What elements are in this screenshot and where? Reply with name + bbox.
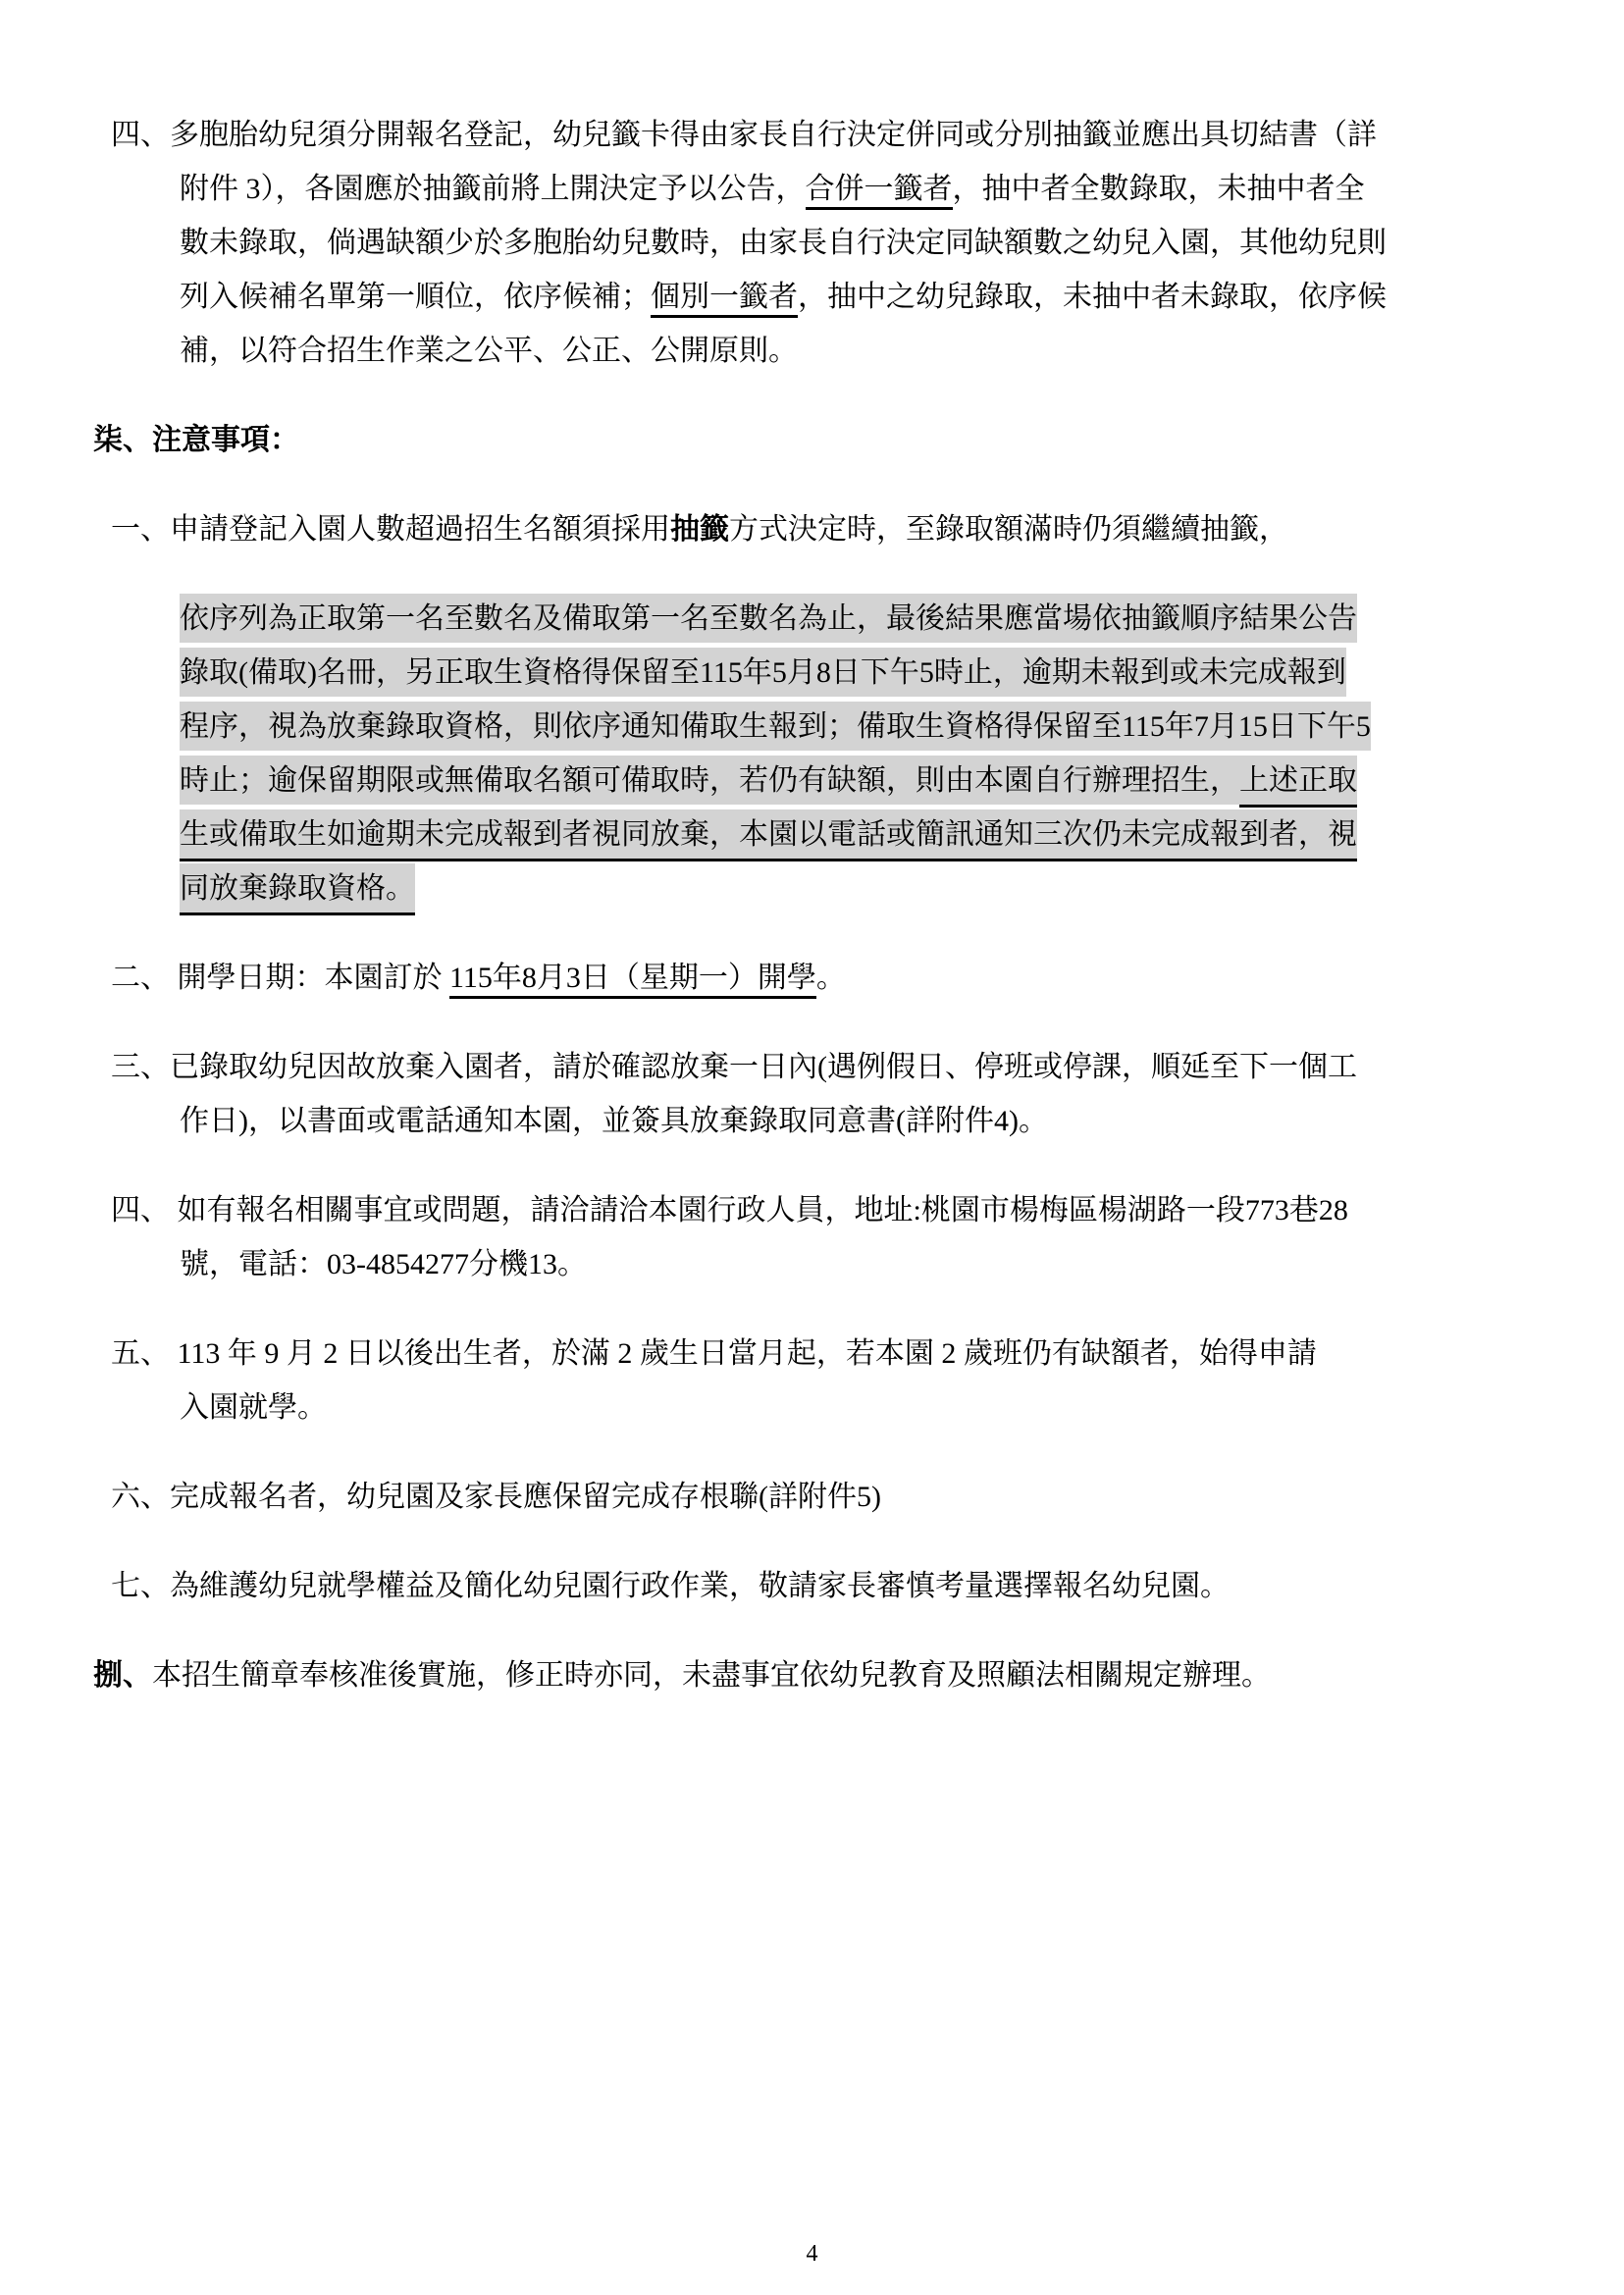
text-segment: 。	[816, 962, 846, 994]
para-multiple-birth-registration: 四、多胞胎幼兒須分開報名登記，幼兒籤卡得由家長自行決定併同或分別抽籤並應出具切結…	[0, 108, 1624, 378]
text-segment: 三、已錄取幼兒因故放棄入園者，請於確認放棄一日內(遇例假日、停班或停課，順延至下…	[111, 1051, 1357, 1083]
text-segment: ，抽中之幼兒錄取，未抽中者未錄取，依序候	[798, 281, 1387, 313]
text-segment: 七、為維護幼兒就學權益及簡化幼兒園行政作業，敬請家長審慎考量選擇報名幼兒園。	[111, 1570, 1230, 1602]
text-segment: 捌、	[93, 1659, 152, 1692]
text-line: 補，以符合招生作業之公平、公正、公開原則。	[180, 324, 1624, 378]
text-segment: 錄取(備取)名冊，另正取生資格得保留至115年5月8日下午5時止，逾期未報到或未…	[180, 648, 1346, 697]
text-line: 同放棄錄取資格。	[180, 861, 1624, 915]
section-8-closing: 捌、本招生簡章奉核准後實施，修正時亦同，未盡事宜依幼兒教育及照顧法相關規定辦理。	[0, 1648, 1624, 1702]
text-line: 錄取(備取)名冊，另正取生資格得保留至115年5月8日下午5時止，逾期未報到或未…	[180, 646, 1624, 700]
text-segment: 數未錄取，倘遇缺額少於多胞胎幼兒數時，由家長自行決定同缺額數之幼兒入園，其他幼兒…	[180, 227, 1387, 259]
text-line: 程序，視為放棄錄取資格，則依序通知備取生報到；備取生資格得保留至115年7月15…	[180, 700, 1624, 754]
text-line: 柒、注意事項：	[93, 413, 1624, 467]
text-segment: 四、 如有報名相關事宜或問題，請洽請洽本園行政人員，地址:桃園市楊梅區楊湖路一段…	[111, 1194, 1348, 1226]
text-line: 依序列為正取第一名至數名及備取第一名至數名為止，最後結果應當場依抽籤順序結果公告	[180, 592, 1624, 646]
document-body: 四、多胞胎幼兒須分開報名登記，幼兒籤卡得由家長自行決定併同或分別抽籤並應出具切結…	[0, 0, 1624, 1702]
note-item-1-highlighted-passage: 依序列為正取第一名至數名及備取第一名至數名為止，最後結果應當場依抽籤順序結果公告…	[0, 592, 1624, 915]
text-line: 數未錄取，倘遇缺額少於多胞胎幼兒數時，由家長自行決定同缺額數之幼兒入園，其他幼兒…	[180, 216, 1624, 270]
note-item-5: 五、 113 年 9 月 2 日以後出生者，於滿 2 歲生日當月起，若本園 2 …	[0, 1327, 1624, 1434]
text-line: 七、為維護幼兒就學權益及簡化幼兒園行政作業，敬請家長審慎考量選擇報名幼兒園。	[111, 1559, 1624, 1613]
text-segment: 四、多胞胎幼兒須分開報名登記，幼兒籤卡得由家長自行決定併同或分別抽籤並應出具切結…	[111, 119, 1377, 151]
text-line: 列入候補名單第一順位，依序候補；個別一籤者，抽中之幼兒錄取，未抽中者未錄取，依序…	[180, 270, 1624, 324]
text-line: 五、 113 年 9 月 2 日以後出生者，於滿 2 歲生日當月起，若本園 2 …	[111, 1327, 1624, 1381]
text-segment: 入園就學。	[180, 1391, 327, 1424]
page-number: 4	[0, 2241, 1624, 2268]
text-segment: 作日)，以書面或電話通知本園，並簽具放棄錄取同意書(詳附件4)。	[180, 1105, 1048, 1137]
text-line: 生或備取生如逾期未完成報到者視同放棄，本園以電話或簡訊通知三次仍未完成報到者，視	[180, 808, 1624, 861]
text-line: 捌、本招生簡章奉核准後實施，修正時亦同，未盡事宜依幼兒教育及照顧法相關規定辦理。	[93, 1648, 1624, 1702]
text-segment: 生或備取生如逾期未完成報到者視同放棄，本園以電話或簡訊通知三次仍未完成報到者，視	[180, 809, 1357, 861]
text-segment: 本招生簡章奉核准後實施，修正時亦同，未盡事宜依幼兒教育及照顧法相關規定辦理。	[152, 1659, 1271, 1692]
note-item-4: 四、 如有報名相關事宜或問題，請洽請洽本園行政人員，地址:桃園市楊梅區楊湖路一段…	[0, 1183, 1624, 1291]
text-segment: 程序，視為放棄錄取資格，則依序通知備取生報到；備取生資格得保留至115年7月15…	[180, 702, 1371, 751]
text-segment: 依序列為正取第一名至數名及備取第一名至數名為止，最後結果應當場依抽籤順序結果公告	[180, 594, 1357, 643]
note-item-2: 二、 開學日期：本園訂於 115年8月3日（星期一）開學。	[0, 951, 1624, 1005]
text-segment: 六、完成報名者，幼兒園及家長應保留完成存根聯(詳附件5)	[111, 1481, 881, 1513]
text-segment: 附件 3），各園應於抽籤前將上開決定予以公告，	[180, 173, 806, 205]
text-line: 二、 開學日期：本園訂於 115年8月3日（星期一）開學。	[111, 951, 1624, 1005]
text-segment: 115年8月3日（星期一）開學	[449, 962, 816, 999]
section-heading-notes: 柒、注意事項：	[0, 413, 1624, 467]
text-line: 號，電話：03-4854277分機13。	[180, 1237, 1624, 1291]
text-segment: 補，以符合招生作業之公平、公正、公開原則。	[180, 335, 798, 367]
text-segment: 五、 113 年 9 月 2 日以後出生者，於滿 2 歲生日當月起，若本園 2 …	[111, 1337, 1317, 1370]
text-segment: 方式決定時，至錄取額滿時仍須繼續抽籤，	[729, 513, 1288, 546]
text-line: 四、多胞胎幼兒須分開報名登記，幼兒籤卡得由家長自行決定併同或分別抽籤並應出具切結…	[111, 108, 1624, 162]
text-line: 時止；逾保留期限或無備取名額可備取時，若仍有缺額，則由本園自行辦理招生，上述正取	[180, 754, 1624, 808]
text-line: 一、申請登記入園人數超過招生名額須採用抽籤方式決定時，至錄取額滿時仍須繼續抽籤，	[111, 502, 1624, 556]
text-line: 三、已錄取幼兒因故放棄入園者，請於確認放棄一日內(遇例假日、停班或停課，順延至下…	[111, 1040, 1624, 1094]
text-line: 作日)，以書面或電話通知本園，並簽具放棄錄取同意書(詳附件4)。	[180, 1094, 1624, 1148]
note-item-3: 三、已錄取幼兒因故放棄入園者，請於確認放棄一日內(遇例假日、停班或停課，順延至下…	[0, 1040, 1624, 1148]
text-segment: 時止；逾保留期限或無備取名額可備取時，若仍有缺額，則由本園自行辦理招生，	[180, 756, 1239, 805]
text-segment: 合併一籤者	[806, 173, 953, 210]
text-segment: 抽籤	[670, 513, 729, 546]
document-page: 四、多胞胎幼兒須分開報名登記，幼兒籤卡得由家長自行決定併同或分別抽籤並應出具切結…	[0, 0, 1624, 2295]
note-item-1: 一、申請登記入園人數超過招生名額須採用抽籤方式決定時，至錄取額滿時仍須繼續抽籤，	[0, 502, 1624, 556]
text-line: 附件 3），各園應於抽籤前將上開決定予以公告，合併一籤者，抽中者全數錄取，未抽中…	[180, 162, 1624, 216]
text-segment: 同放棄錄取資格。	[180, 863, 415, 915]
text-line: 四、 如有報名相關事宜或問題，請洽請洽本園行政人員，地址:桃園市楊梅區楊湖路一段…	[111, 1183, 1624, 1237]
text-segment: 列入候補名單第一順位，依序候補；	[180, 281, 651, 313]
text-segment: 一、申請登記入園人數超過招生名額須採用	[111, 513, 670, 546]
text-segment: 二、 開學日期：本園訂於	[111, 962, 449, 994]
note-item-7: 七、為維護幼兒就學權益及簡化幼兒園行政作業，敬請家長審慎考量選擇報名幼兒園。	[0, 1559, 1624, 1613]
note-item-6: 六、完成報名者，幼兒園及家長應保留完成存根聯(詳附件5)	[0, 1470, 1624, 1524]
text-segment: 上述正取	[1239, 756, 1357, 808]
text-line: 六、完成報名者，幼兒園及家長應保留完成存根聯(詳附件5)	[111, 1470, 1624, 1524]
text-segment: ，抽中者全數錄取，未抽中者全	[953, 173, 1365, 205]
text-segment: 柒、注意事項：	[93, 424, 299, 456]
text-segment: 號，電話：03-4854277分機13。	[180, 1248, 587, 1280]
text-line: 入園就學。	[180, 1381, 1624, 1434]
text-segment: 個別一籤者	[651, 281, 798, 318]
